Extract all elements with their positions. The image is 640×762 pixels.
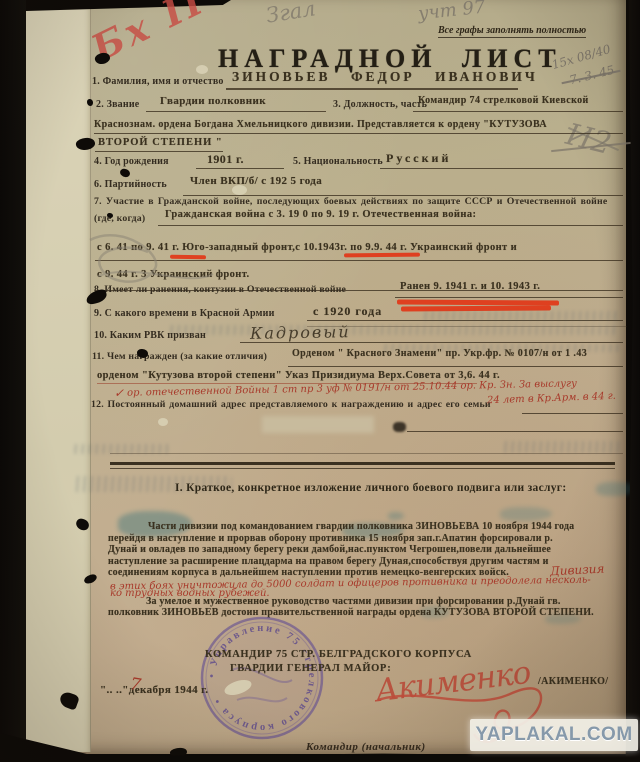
section-divider-thin xyxy=(110,468,615,469)
field3-rule xyxy=(413,111,623,112)
feat-line6: За умелое и мужественное руководство час… xyxy=(146,596,561,607)
field3-rule2 xyxy=(94,133,623,134)
feat-line1: Части дивизии под командованием гвардии … xyxy=(148,521,574,532)
ink-stain xyxy=(388,512,404,520)
watermark-text: YAPLAKAL.COM xyxy=(475,724,632,746)
date-line: ".. .."декабря 1944 г. xyxy=(100,684,208,696)
paper-edge-strip xyxy=(26,0,91,752)
field3-cont1: Краснознам. ордена Богдана Хмельницкого … xyxy=(94,119,547,130)
field5-rule xyxy=(380,168,623,169)
field10-rule xyxy=(240,342,623,343)
red-underline-2 xyxy=(344,253,420,258)
scanned-award-document: 595 Бх II Згал учт 97 15х 08/40 7. 3. 45… xyxy=(0,0,640,762)
field9-value: с 1920 года xyxy=(313,304,382,319)
redacted-address xyxy=(262,416,374,433)
field11-handwritten2: 24 лет в Кр.Арм. в 44 г. xyxy=(487,391,616,406)
scan-edge-right xyxy=(624,0,640,762)
feat-line3: Дунай и овладев по западному берегу реки… xyxy=(108,544,551,555)
round-stamp: • Управление 75 стрелкового корпуса • xyxy=(192,610,332,750)
field11-rule xyxy=(288,366,623,367)
field12-label: 12. Постоянный домашний адрес представля… xyxy=(91,399,491,410)
section1-heading: I. Краткое, конкретное изложение личного… xyxy=(175,482,566,494)
watermark-badge: YAPLAKAL.COM xyxy=(470,719,638,751)
ink-smudge xyxy=(393,422,406,432)
field12-rule xyxy=(522,413,623,414)
section-divider-thick xyxy=(110,462,615,465)
red-tick: ✓ xyxy=(114,386,124,400)
feat-line4: наступление за расширение плацдарма на п… xyxy=(108,556,549,567)
field3-rule3 xyxy=(95,151,223,152)
ghost-scribble xyxy=(166,325,616,335)
field1-rule xyxy=(226,88,518,90)
footer-role: Командир (начальник) xyxy=(306,741,426,753)
field5-label: 5. Национальность xyxy=(293,156,383,167)
fill-note: Все графы заполнять полностью xyxy=(438,25,586,38)
ink-blob xyxy=(119,168,130,178)
field1-value: ЗИНОВЬЕВ ФЕДОР ИВАНОВИЧ xyxy=(232,69,538,85)
field5-value: Русский xyxy=(386,151,451,166)
ink-blob xyxy=(137,349,148,358)
field6-value: Член ВКП/б/ с 192 5 года xyxy=(190,175,322,187)
field4-rule xyxy=(196,168,284,169)
pencil-crossed-note: И2 xyxy=(562,117,614,162)
ink-stain xyxy=(500,507,552,521)
paper-hole xyxy=(232,185,247,195)
ink-speck xyxy=(107,213,113,218)
feat-line2: перейдя в наступление и прорвав оборону … xyxy=(108,533,553,544)
field9-label: 9. С какого времени в Красной Армии xyxy=(94,308,275,319)
field3-value: Командир 74 стрелковой Киевской xyxy=(418,95,589,106)
field1-label: 1. Фамилия, имя и отчество xyxy=(92,76,224,87)
field3-cont2: ВТОРОЙ СТЕПЕНИ " xyxy=(98,137,223,148)
field4-label: 4. Год рождения xyxy=(94,156,169,167)
pencil-fraction-bottom: 7. 3. 45 xyxy=(568,63,616,88)
field8-label: 8. Имеет ли ранения, контузии в Отечеств… xyxy=(94,284,346,295)
field2-rule xyxy=(146,111,326,112)
field7-label: 7. Участие в Гражданской войне, последую… xyxy=(94,196,607,207)
ghost-scribble xyxy=(500,441,620,453)
field11-value2: орденом "Кутузова второй степени" Указ П… xyxy=(97,370,500,381)
ghost-scribble xyxy=(70,444,170,454)
pencil-account-mark: учт 97 xyxy=(417,0,486,24)
field10-value-handwritten: Кадровый xyxy=(250,322,351,343)
field6-label: 6. Партийность xyxy=(94,179,167,190)
paper-hole xyxy=(158,418,168,426)
field12-rule3 xyxy=(110,453,623,454)
field2-value: Гвардии полковник xyxy=(160,95,266,107)
field8-rule xyxy=(395,297,623,298)
pencil-scribble: Згал xyxy=(264,0,317,28)
commander-title-line2: ГВАРДИИ ГЕНЕРАЛ МАЙОР: xyxy=(230,663,391,674)
field11-label: 11. Чем награжден (за какие отличия) xyxy=(92,351,267,362)
feat-line7: полковник ЗИНОВЬЕВ достоин правительстве… xyxy=(108,607,594,618)
field4-value: 1901 г. xyxy=(207,152,244,167)
ink-blob xyxy=(87,99,93,106)
commander-title-line1: КОМАНДИР 75 СТР. БЕЛГРАДСКОГО КОРПУСА xyxy=(205,649,472,660)
scan-edge-left xyxy=(0,0,26,762)
field3-label: 3. Должность, часть xyxy=(333,99,427,110)
field8-value: Ранен 9. 1941 г. и 10. 1943 г. xyxy=(400,281,540,292)
field11-value: Орденом " Красного Знамени" пр. Укр.фр. … xyxy=(292,348,587,359)
paper-hole xyxy=(196,65,208,74)
field12-rule2 xyxy=(407,431,623,432)
field10-label: 10. Каким РВК призван xyxy=(94,330,206,341)
document-paper: 595 Бх II Згал учт 97 15х 08/40 7. 3. 45… xyxy=(26,0,626,754)
ghost-scribble xyxy=(420,311,620,321)
field2-label: 2. Звание xyxy=(96,99,139,110)
